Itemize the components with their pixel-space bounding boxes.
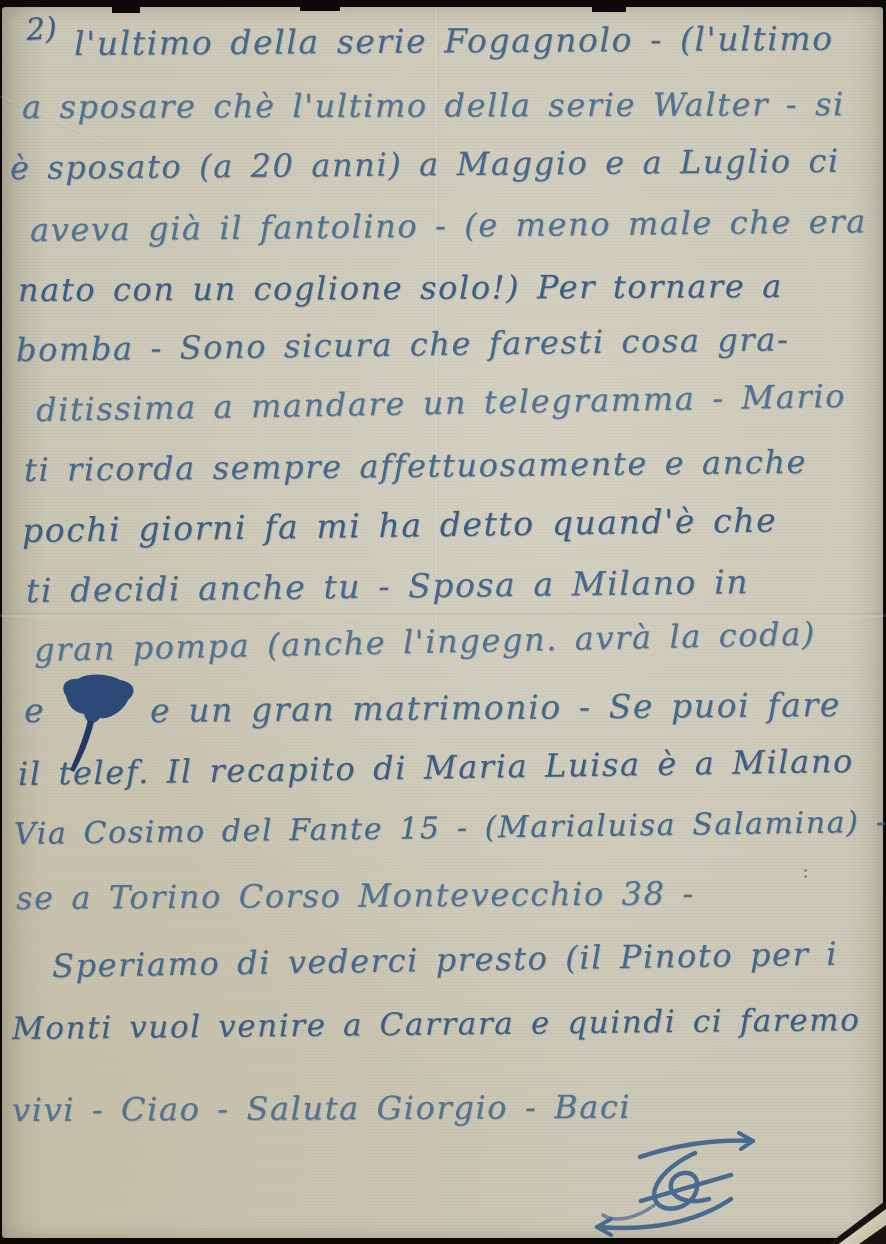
letter-line-12-prefix: e bbox=[24, 691, 45, 730]
ink-specks: · · bbox=[803, 868, 817, 876]
letter-line-5: nato con un coglione solo!) Per tornare … bbox=[18, 267, 783, 309]
letter-line-12: e un gran matrimonio - Se puoi fare bbox=[150, 685, 841, 730]
page-number: 2) bbox=[25, 11, 58, 48]
scan-edge-notch bbox=[300, 0, 340, 11]
letter-line-1: l'ultimo della serie Fogagnolo - (l'ulti… bbox=[74, 19, 834, 63]
scan-edge-notch bbox=[112, 0, 140, 13]
letter-line-3: è sposato (a 20 anni) a Maggio e a Lugli… bbox=[10, 142, 840, 187]
letter-line-2: a sposare chè l'ultimo della serie Walte… bbox=[22, 85, 845, 126]
letter-line-15: se a Torino Corso Montevecchio 38 - bbox=[16, 874, 695, 917]
letter-line-18: vivi - Ciao - Saluta Giorgio - Baci bbox=[12, 1088, 631, 1129]
letter-scan: 2) l'ultimo della serie Fogagnolo - (l'u… bbox=[0, 0, 886, 1244]
scan-edge-notch bbox=[592, 0, 626, 12]
